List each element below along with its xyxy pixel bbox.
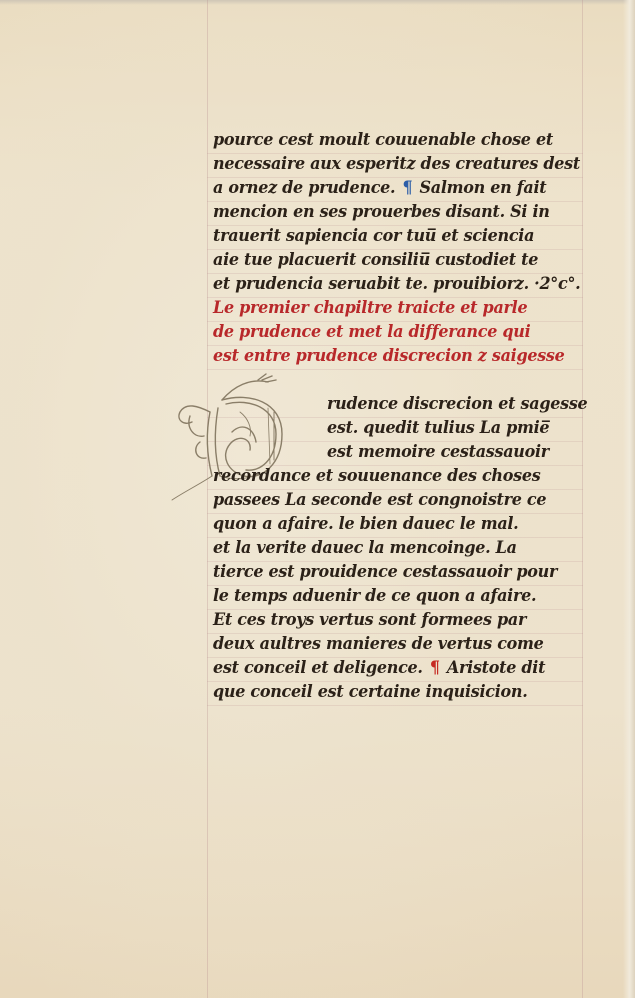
page-top-edge — [0, 0, 635, 5]
text-line: le temps aduenir de ce quon a afaire. — [213, 584, 580, 608]
text-line: Et ces troys vertus sont formees par — [213, 608, 580, 632]
ruling-line — [207, 369, 583, 370]
text-line: quon a afaire. le bien dauec le mal. — [213, 512, 580, 536]
text-line: est conceil et deligence. ¶ Aristote dit — [213, 656, 580, 680]
text-line: trauerit sapiencia cor tuu̅ et sciencia — [213, 224, 580, 248]
text-line: et la verite dauec la mencoinge. La — [213, 536, 580, 560]
indented-text-line: rudence discrecion et sagesse — [327, 392, 586, 416]
text-line: recordance et souuenance des choses — [213, 464, 580, 488]
text-segment: a ornez de prudence. — [213, 178, 401, 198]
text-column-bottom: rudence discrecion et sagesse est. quedi… — [213, 392, 603, 704]
rubric-line: est entre prudence discrecion z saigesse — [213, 344, 580, 368]
rubric-line: Le premier chapiltre traicte et parle — [213, 296, 580, 320]
indented-text-line: est memoire cestassauoir — [327, 440, 586, 464]
text-segment: Aristote dit — [442, 658, 546, 678]
text-line: que conceil est certaine inquisicion. — [213, 680, 580, 704]
text-column-top: pource cest moult couuenable chose et ne… — [213, 128, 603, 368]
text-line: mencion en ses prouerbes disant. Si in — [213, 200, 580, 224]
text-line: deux aultres manieres de vertus come — [213, 632, 580, 656]
text-segment: est conceil et deligence. — [213, 658, 428, 678]
text-line: aie tue placuerit consiliu̅ custodiet te — [213, 248, 580, 272]
blue-paraph-icon: ¶ — [401, 178, 415, 198]
text-line: et prudencia seruabit te. prouibiorz. ·2… — [213, 272, 580, 296]
text-line: necessaire aux esperitz des creatures de… — [213, 152, 580, 176]
text-segment: Salmon en fait — [414, 178, 546, 198]
ruling-line — [207, 705, 583, 706]
rubric-line: de prudence et met la differance qui — [213, 320, 580, 344]
text-line: tierce est prouidence cestassauoir pour — [213, 560, 580, 584]
text-line: a ornez de prudence. ¶ Salmon en fait — [213, 176, 580, 200]
text-line: pource cest moult couuenable chose et — [213, 128, 580, 152]
indented-text-line: est. quedit tulius La pmie̅ — [327, 416, 586, 440]
page-gutter-edge — [623, 0, 635, 998]
red-paraph-icon: ¶ — [428, 658, 442, 678]
text-line: passees La seconde est congnoistre ce — [213, 488, 580, 512]
manuscript-page: pource cest moult couuenable chose et ne… — [0, 0, 635, 998]
